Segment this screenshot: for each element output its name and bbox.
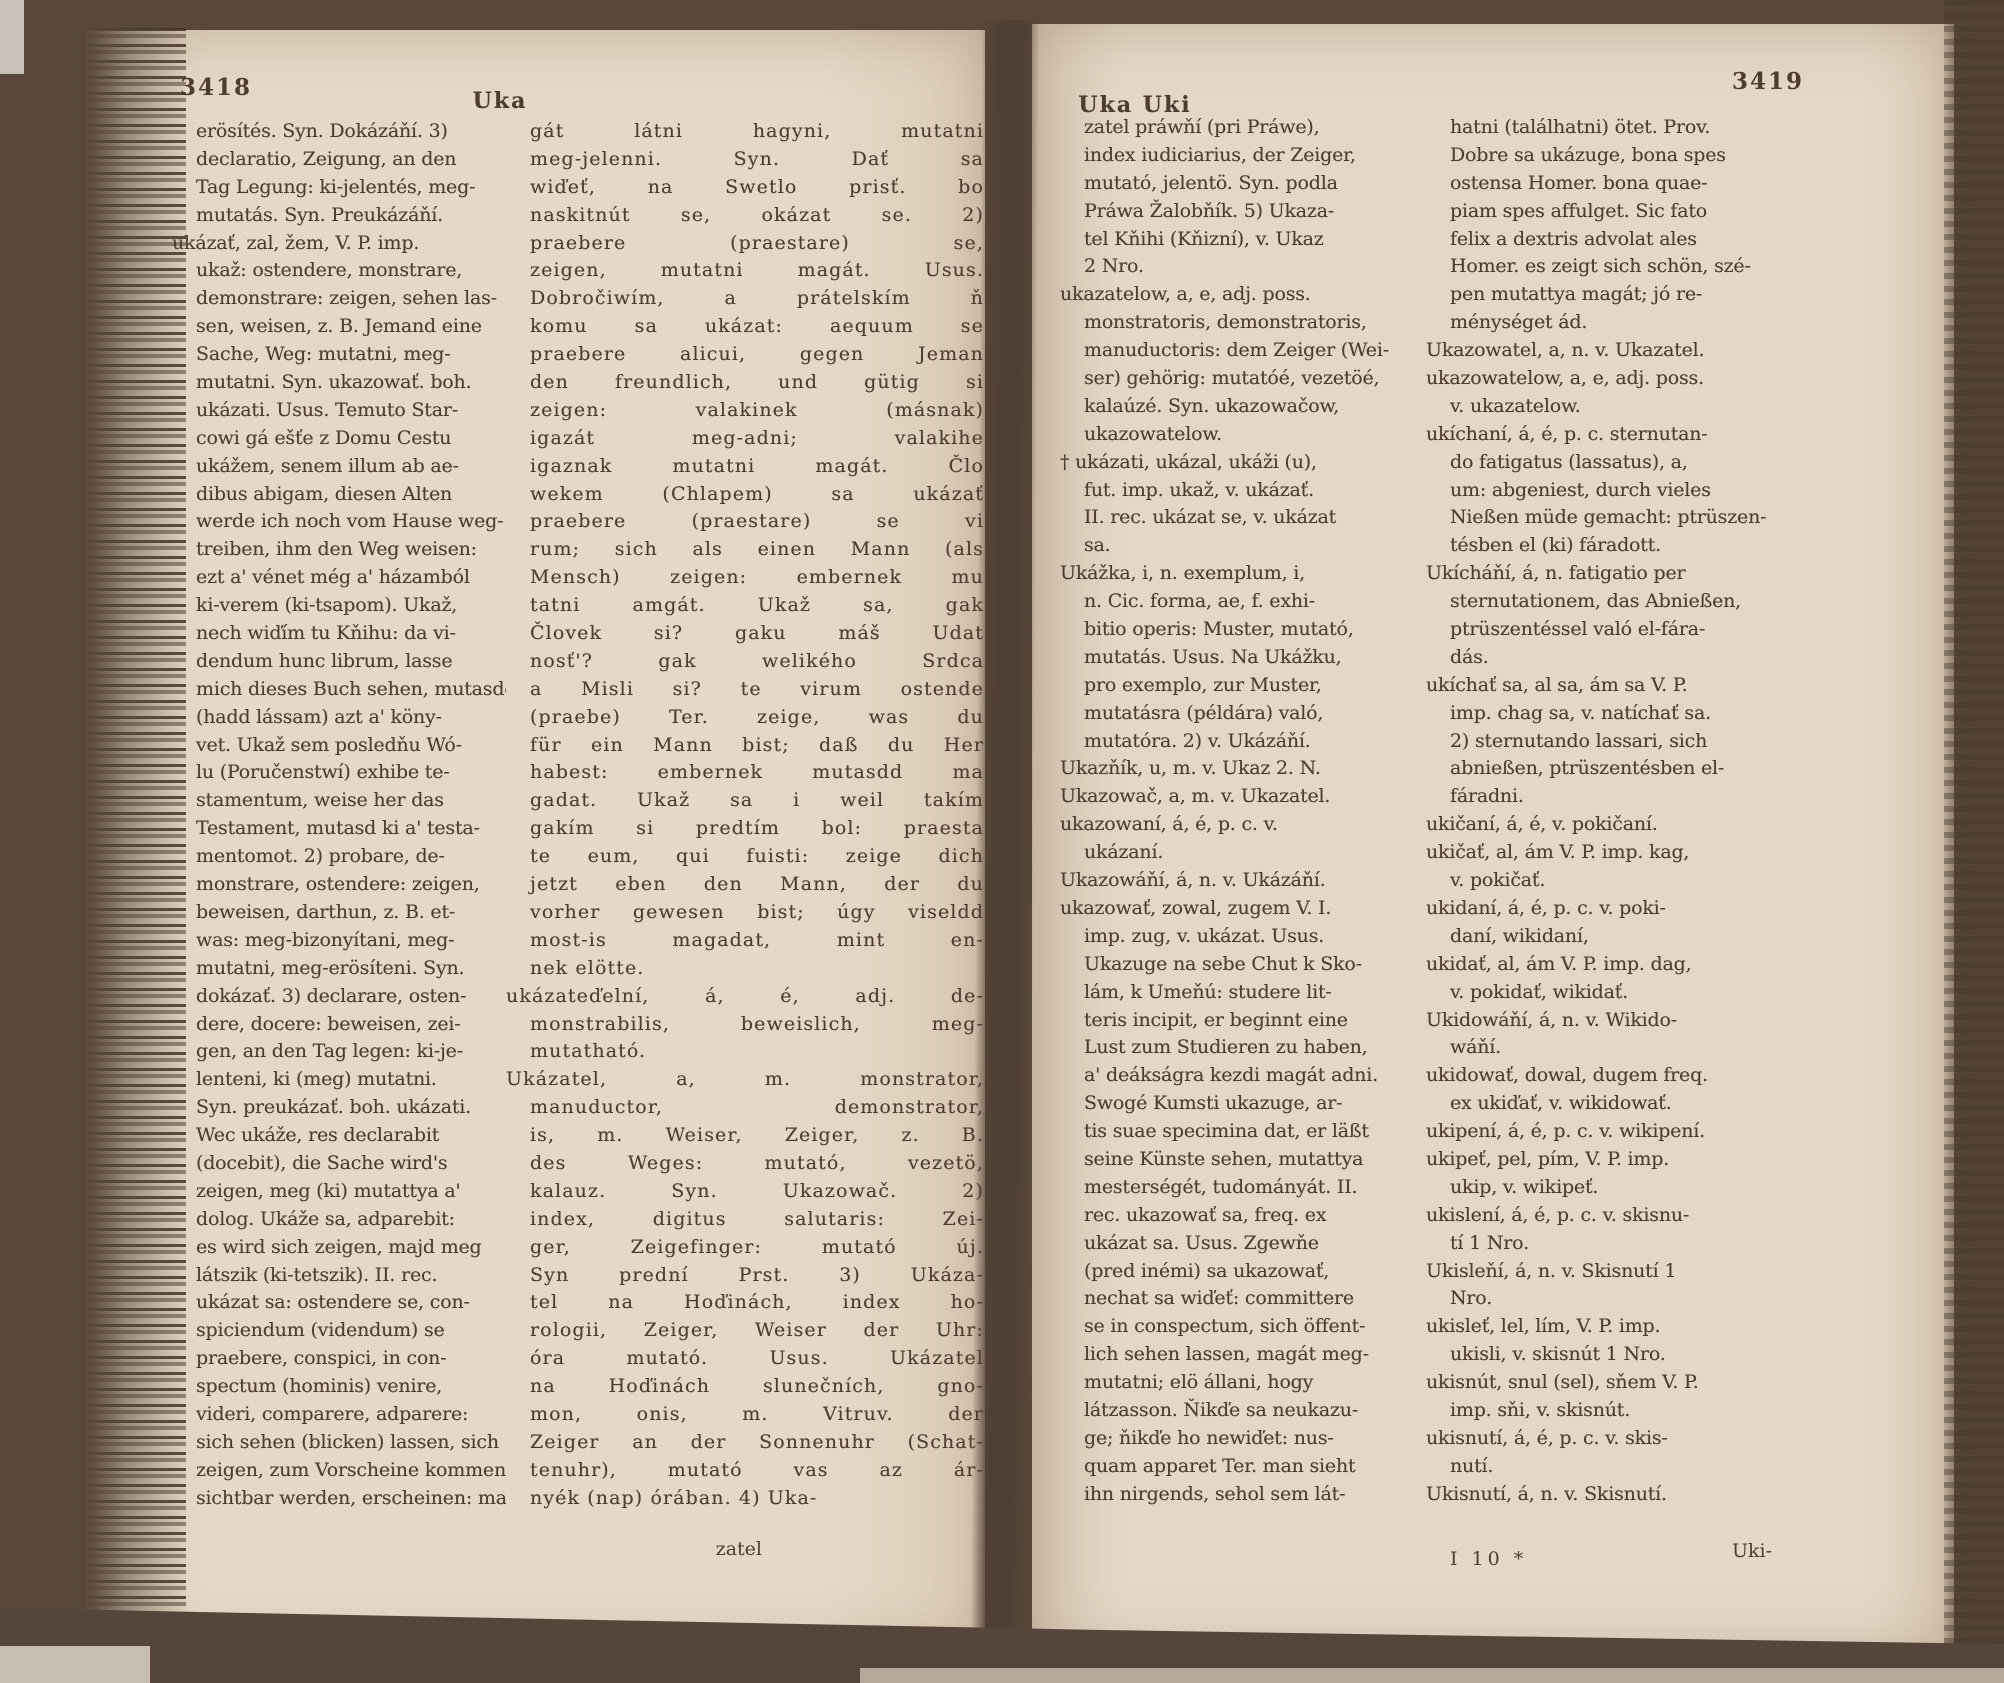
- scanner-bed-strip-bottom: [860, 1668, 2004, 1683]
- text-line: nosť'? gak welikého Srdca: [506, 648, 984, 676]
- text-line: ukážem, senem illum ab ae-: [172, 453, 506, 481]
- text-line: beweisen, darthun, z. B. et-: [172, 899, 506, 927]
- text-line: ukičať, al, ám V. P. imp. kag,: [1426, 839, 1822, 867]
- text-line: Zeiger an der Sonnenuhr (Schat-: [506, 1429, 984, 1457]
- text-line: ge; ňikďe ho newiďet: nus-: [1060, 1425, 1410, 1453]
- text-line: se in conspectum, sich öffent-: [1060, 1313, 1410, 1341]
- text-line: Ukidowáňí, á, n. v. Wikido-: [1426, 1007, 1822, 1035]
- text-line: v. ukazatelow.: [1426, 393, 1822, 421]
- text-line: tatni amgát. Ukaž sa, gak: [506, 592, 984, 620]
- text-line: nyék (nap) órában. 4) Uka-: [506, 1485, 984, 1513]
- text-line: stamentum, weise her das: [172, 787, 506, 815]
- text-line: rum; sich als einen Mann (als: [506, 536, 984, 564]
- text-line: imp. chag sa, v. natíchať sa.: [1426, 700, 1822, 728]
- text-line: wiďeť, na Swetlo prisť. bo: [506, 174, 984, 202]
- text-line: is, m. Weiser, Zeiger, z. B.: [506, 1122, 984, 1150]
- text-line: Tag Legung: ki-jelentés, meg-: [172, 174, 506, 202]
- text-line: habest: embernek mutasdd ma: [506, 759, 984, 787]
- text-line: zeigen: valakinek (másnak): [506, 397, 984, 425]
- text-line: Sache, Weg: mutatni, meg-: [172, 341, 506, 369]
- text-line: óra mutató. Usus. Ukázatel: [506, 1345, 984, 1373]
- text-line: pro exemplo, zur Muster,: [1060, 672, 1410, 700]
- text-line: felix a dextris advolat ales: [1426, 226, 1822, 254]
- text-line: na Hoďinách slunečních, gno-: [506, 1373, 984, 1401]
- text-line: ostensa Homer. bona quae-: [1426, 170, 1822, 198]
- text-line: v. pokičať.: [1426, 867, 1822, 895]
- text-line: was: meg-bizonyítani, meg-: [172, 927, 506, 955]
- text-line: tel Kňihi (Kňizní), v. Ukaz: [1060, 226, 1410, 254]
- text-line: imp. sňi, v. skisnút.: [1426, 1397, 1822, 1425]
- text-line: tésben el (ki) fáradott.: [1426, 532, 1822, 560]
- text-line: Mensch) zeigen: embernek mu: [506, 564, 984, 592]
- text-line: Syn. preukázať. boh. ukázati.: [172, 1094, 506, 1122]
- text-line: ukisnutí, á, é, p. c. v. skis-: [1426, 1425, 1822, 1453]
- text-line: rec. ukazowať sa, freq. ex: [1060, 1202, 1410, 1230]
- text-line: zeigen, mutatni magát. Usus.: [506, 257, 984, 285]
- text-line: † ukázati, ukázal, ukáži (u),: [1060, 449, 1410, 477]
- text-line: spectum (hominis) venire,: [172, 1373, 506, 1401]
- text-line: ukaž: ostendere, monstrare,: [172, 257, 506, 285]
- text-line: mutatóra. 2) v. Ukázáňí.: [1060, 728, 1410, 756]
- text-line: most-is magadat, mint en-: [506, 927, 984, 955]
- text-line: des Weges: mutató, vezetö,: [506, 1150, 984, 1178]
- text-line: Ukázatel, a, m. monstrator,: [506, 1066, 984, 1094]
- text-line: nech wiďím tu Kňihu: da vi-: [172, 620, 506, 648]
- text-line: ukislení, á, é, p. c. v. skisnu-: [1426, 1202, 1822, 1230]
- text-line: (pred inémi) sa ukazowať,: [1060, 1258, 1410, 1286]
- text-line: vet. Ukaž sem posledňu Wó-: [172, 732, 506, 760]
- text-line: Ukisleňí, á, n. v. Skisnutí 1: [1426, 1258, 1822, 1286]
- text-line: ukip, v. wikipeť.: [1426, 1174, 1822, 1202]
- text-line: ger, Zeigefinger: mutató új.: [506, 1234, 984, 1262]
- text-line: mentomot. 2) probare, de-: [172, 843, 506, 871]
- text-line: mutatni. Syn. ukazowať. boh.: [172, 369, 506, 397]
- text-line: jetzt eben den Mann, der du: [506, 871, 984, 899]
- text-line: kalaúzé. Syn. ukazowačow,: [1060, 393, 1410, 421]
- text-line: ukisli, v. skisnút 1 Nro.: [1426, 1341, 1822, 1369]
- text-line: rologii, Zeiger, Weiser der Uhr:: [506, 1317, 984, 1345]
- running-head-left: Uka: [400, 88, 600, 114]
- text-line: ukisnút, snul (sel), sňem V. P.: [1426, 1369, 1822, 1397]
- left-page-column-1: erösítés. Syn. Dokázáňí. 3)declaratio, Z…: [172, 118, 506, 1518]
- text-line: demonstrare: zeigen, sehen las-: [172, 285, 506, 313]
- text-line: monstrare, ostendere: zeigen,: [172, 871, 506, 899]
- text-line: mich dieses Buch sehen, mutasdd: [172, 676, 506, 704]
- text-line: ki-verem (ki-tsapom). Ukaž,: [172, 592, 506, 620]
- text-line: ukazowatelow.: [1060, 421, 1410, 449]
- text-line: Ukazuge na sebe Chut k Sko-: [1060, 951, 1410, 979]
- page-number-right: 3419: [1732, 68, 1804, 95]
- text-line: ukipeť, pel, pím, V. P. imp.: [1426, 1146, 1822, 1174]
- text-line: um: abgeniest, durch vieles: [1426, 477, 1822, 505]
- text-line: Ukazowatel, a, n. v. Ukazatel.: [1426, 337, 1822, 365]
- text-line: index, digitus salutaris: Zei-: [506, 1206, 984, 1234]
- text-line: (hadd lássam) azt a' köny-: [172, 704, 506, 732]
- text-line: do fatigatus (lassatus), a,: [1426, 449, 1822, 477]
- text-line: treiben, ihm den Weg weisen:: [172, 536, 506, 564]
- text-line: Ukazowač, a, m. v. Ukazatel.: [1060, 783, 1410, 811]
- text-line: ukazowaní, á, é, p. c. v.: [1060, 811, 1410, 839]
- text-line: Lust zum Studieren zu haben,: [1060, 1034, 1410, 1062]
- text-line: Ukisnutí, á, n. v. Skisnutí.: [1426, 1481, 1822, 1509]
- text-line: piam spes affulget. Sic fato: [1426, 198, 1822, 226]
- text-line: ukazatelow, a, e, adj. poss.: [1060, 281, 1410, 309]
- text-line: bitio operis: Muster, mutató,: [1060, 616, 1410, 644]
- text-line: wáňí.: [1426, 1034, 1822, 1062]
- text-line: dibus abigam, diesen Alten: [172, 481, 506, 509]
- text-line: dokázať. 3) declarare, osten-: [172, 983, 506, 1011]
- text-line: hatni (találhatni) ötet. Prov.: [1426, 114, 1822, 142]
- text-line: nek elötte.: [506, 955, 984, 983]
- text-line: gadat. Ukaž sa i weil takím: [506, 787, 984, 815]
- text-line: wekem (Chlapem) sa ukázať: [506, 481, 984, 509]
- text-line: ser) gehörig: mutatóé, vezetöé,: [1060, 365, 1410, 393]
- text-line: cowi gá ešťe z Domu Cestu: [172, 425, 506, 453]
- text-line: lich sehen lassen, magát meg-: [1060, 1341, 1410, 1369]
- right-page-column-2: hatni (találhatni) ötet. Prov.Dobre sa u…: [1426, 114, 1822, 1514]
- text-line: Ukazňík, u, m. v. Ukaz 2. N.: [1060, 755, 1410, 783]
- text-line: ezt a' vénet még a' házamból: [172, 564, 506, 592]
- catchword-left: zatel: [600, 1538, 762, 1560]
- text-line: vorher gewesen bist; úgy viseldd: [506, 899, 984, 927]
- text-line: a' deákságra kezdi magát adni.: [1060, 1062, 1410, 1090]
- catchword-right: Uki-: [1650, 1540, 1772, 1562]
- text-line: ukisleť, lel, lím, V. P. imp.: [1426, 1313, 1822, 1341]
- text-line: ukidať, al, ám V. P. imp. dag,: [1426, 951, 1822, 979]
- text-line: Testament, mutasd ki a' testa-: [172, 815, 506, 843]
- text-line: ukázati. Usus. Temuto Star-: [172, 397, 506, 425]
- text-line: mutatás. Syn. Preukázáňí.: [172, 202, 506, 230]
- text-line: ukíchať sa, al sa, ám sa V. P.: [1426, 672, 1822, 700]
- text-line: naskitnút se, okázat se. 2): [506, 202, 984, 230]
- text-line: igazát meg-adni; valakihe: [506, 425, 984, 453]
- text-line: videri, comparere, adparere:: [172, 1401, 506, 1429]
- text-line: manuductoris: dem Zeiger (Wei-: [1060, 337, 1410, 365]
- text-line: tel na Hoďinách, index ho-: [506, 1289, 984, 1317]
- text-line: ukidaní, á, é, p. c. v. poki-: [1426, 895, 1822, 923]
- text-line: (praebe) Ter. zeige, was du: [506, 704, 984, 732]
- text-line: 2) sternutando lassari, sich: [1426, 728, 1822, 756]
- text-line: n. Cic. forma, ae, f. exhi-: [1060, 588, 1410, 616]
- text-line: ukázaní.: [1060, 839, 1410, 867]
- text-line: praebere alicui, gegen Jeman: [506, 341, 984, 369]
- text-line: ménységet ád.: [1426, 309, 1822, 337]
- left-page-column-2: gát látni hagyni, mutatnimeg-jelenni. Sy…: [506, 118, 984, 1518]
- text-line: gát látni hagyni, mutatni: [506, 118, 984, 146]
- text-line: sternutationem, das Abnießen,: [1426, 588, 1822, 616]
- text-line: manuductor, demonstrator,: [506, 1094, 984, 1122]
- text-line: daní, wikidaní,: [1426, 923, 1822, 951]
- text-line: abnießen, ptrüszentésben el-: [1426, 755, 1822, 783]
- text-line: quam apparet Ter. man sieht: [1060, 1453, 1410, 1481]
- text-line: látzasson. Ňikďe sa neukazu-: [1060, 1397, 1410, 1425]
- text-line: für ein Mann bist; daß du Her: [506, 732, 984, 760]
- text-line: sichtbar werden, erscheinen: ma-: [172, 1485, 506, 1513]
- text-line: ukíchaní, á, é, p. c. sternutan-: [1426, 421, 1822, 449]
- signature-mark: I 10 *: [1450, 1548, 1527, 1570]
- text-line: mon, onis, m. Vitruv. der: [506, 1401, 984, 1429]
- text-line: zeigen, zum Vorscheine kommen:: [172, 1457, 506, 1485]
- text-line: sich sehen (blicken) lassen, sich: [172, 1429, 506, 1457]
- text-line: gen, an den Tag legen: ki-je-: [172, 1038, 506, 1066]
- text-line: Dobročiwím, a prátelskím ň: [506, 285, 984, 313]
- text-line: Ukážka, i, n. exemplum, i,: [1060, 560, 1410, 588]
- text-line: komu sa ukázat: aequum se: [506, 313, 984, 341]
- text-line: dere, docere: beweisen, zei-: [172, 1011, 506, 1039]
- text-line: werde ich noch vom Hause weg-: [172, 508, 506, 536]
- text-line: spiciendum (videndum) se: [172, 1317, 506, 1345]
- text-line: látszik (ki-tetszik). II. rec.: [172, 1262, 506, 1290]
- text-line: mutatható.: [506, 1038, 984, 1066]
- text-line: ukičaní, á, é, v. pokičaní.: [1426, 811, 1822, 839]
- text-line: tis suae specimina dat, er läßt: [1060, 1118, 1410, 1146]
- text-line: mutatásra (példára) való,: [1060, 700, 1410, 728]
- text-line: 2 Nro.: [1060, 253, 1410, 281]
- text-line: dolog. Ukáže sa, adparebit:: [172, 1206, 506, 1234]
- text-line: Wec ukáže, res declarabit: [172, 1122, 506, 1150]
- text-line: ukidowať, dowal, dugem freq.: [1426, 1062, 1822, 1090]
- page-number-left: 3418: [180, 74, 252, 101]
- text-line: mesterségét, tudományát. II.: [1060, 1174, 1410, 1202]
- text-line: meg-jelenni. Syn. Dať sa: [506, 146, 984, 174]
- text-line: fut. imp. ukaž, v. ukázať.: [1060, 477, 1410, 505]
- text-line: ukipení, á, é, p. c. v. wikipení.: [1426, 1118, 1822, 1146]
- text-line: Práwa Žalobňík. 5) Ukaza-: [1060, 198, 1410, 226]
- text-line: Swogé Kumsti ukazuge, ar-: [1060, 1090, 1410, 1118]
- text-line: lám, k Umeňú: studere lit-: [1060, 979, 1410, 1007]
- text-line: ptrüszentéssel való el-fára-: [1426, 616, 1822, 644]
- text-line: monstrabilis, beweislich, meg-: [506, 1011, 984, 1039]
- text-line: lenteni, ki (meg) mutatni.: [172, 1066, 506, 1094]
- right-scan-edge: [1944, 0, 2004, 1683]
- text-line: sen, weisen, z. B. Jemand eine: [172, 313, 506, 341]
- text-line: igaznak mutatni magát. Člo: [506, 453, 984, 481]
- text-line: praebere (praestare) se,: [506, 230, 984, 258]
- text-line: tí 1 Nro.: [1426, 1230, 1822, 1258]
- text-line: dás.: [1426, 644, 1822, 672]
- text-line: v. pokidať, wikidať.: [1426, 979, 1822, 1007]
- scanner-bed-corner-top-left: [0, 0, 24, 74]
- text-line: erösítés. Syn. Dokázáňí. 3): [172, 118, 506, 146]
- text-line: Ukazowáňí, á, n. v. Ukázáňí.: [1060, 867, 1410, 895]
- text-line: lu (Poručenstwí) exhibe te-: [172, 759, 506, 787]
- text-line: ukázať, zal, žem, V. P. imp.: [172, 230, 506, 258]
- text-line: Nro.: [1426, 1285, 1822, 1313]
- text-line: den freundlich, und gütig si: [506, 369, 984, 397]
- text-line: ihn nirgends, sehol sem lát-: [1060, 1481, 1410, 1509]
- text-line: ukázateďelní, á, é, adj. de-: [506, 983, 984, 1011]
- gutter-shadow: [970, 20, 1039, 1654]
- text-line: mutatni; elö állani, hogy: [1060, 1369, 1410, 1397]
- text-line: Dobre sa ukázuge, bona spes: [1426, 142, 1822, 170]
- text-line: te eum, qui fuisti: zeige dich: [506, 843, 984, 871]
- text-line: praebere (praestare) se vi: [506, 508, 984, 536]
- book-scan: 3418 Uka Uka Uki 3419 erösítés. Syn. Dok…: [0, 0, 2004, 1683]
- text-line: fáradni.: [1426, 783, 1822, 811]
- text-line: mutatás. Usus. Na Ukážku,: [1060, 644, 1410, 672]
- text-line: tenuhr), mutató vas az ár-: [506, 1457, 984, 1485]
- text-line: index iudiciarius, der Zeiger,: [1060, 142, 1410, 170]
- text-line: sa.: [1060, 532, 1410, 560]
- text-line: zatel práwňí (pri Práwe),: [1060, 114, 1410, 142]
- text-line: ukazowatelow, a, e, adj. poss.: [1426, 365, 1822, 393]
- text-line: (docebit), die Sache wird's: [172, 1150, 506, 1178]
- text-line: seine Künste sehen, mutattya: [1060, 1146, 1410, 1174]
- text-line: zeigen, meg (ki) mutattya a': [172, 1178, 506, 1206]
- text-line: kalauz. Syn. Ukazowač. 2): [506, 1178, 984, 1206]
- text-line: Človek si? gaku máš Udat: [506, 620, 984, 648]
- scanner-bed-corner-bottom-left: [0, 1646, 150, 1683]
- text-line: pen mutattya magát; jó re-: [1426, 281, 1822, 309]
- text-line: Nießen müde gemacht: ptrüszen-: [1426, 504, 1822, 532]
- book-edge-texture: [60, 28, 186, 1652]
- text-line: es wird sich zeigen, majd meg: [172, 1234, 506, 1262]
- text-line: gakím si predtím bol: praesta: [506, 815, 984, 843]
- text-line: declaratio, Zeigung, an den: [172, 146, 506, 174]
- text-line: a Misli si? te virum ostende: [506, 676, 984, 704]
- text-line: dendum hunc librum, lasse: [172, 648, 506, 676]
- text-line: II. rec. ukázat se, v. ukázat: [1060, 504, 1410, 532]
- text-line: ex ukiďať, v. wikidowať.: [1426, 1090, 1822, 1118]
- text-line: ukazowať, zowal, zugem V. I.: [1060, 895, 1410, 923]
- text-line: monstratoris, demonstratoris,: [1060, 309, 1410, 337]
- text-line: teris incipit, er beginnt eine: [1060, 1007, 1410, 1035]
- text-line: praebere, conspici, in con-: [172, 1345, 506, 1373]
- text-line: mutató, jelentö. Syn. podla: [1060, 170, 1410, 198]
- text-line: nechat sa wiďeť: committere: [1060, 1285, 1410, 1313]
- text-line: Syn prední Prst. 3) Ukáza-: [506, 1262, 984, 1290]
- text-line: Homer. es zeigt sich schön, szé-: [1426, 253, 1822, 281]
- text-line: ukázat sa. Usus. Zgewňe: [1060, 1230, 1410, 1258]
- text-line: mutatni, meg-erösíteni. Syn.: [172, 955, 506, 983]
- text-line: ukázat sa: ostendere se, con-: [172, 1289, 506, 1317]
- text-line: nutí.: [1426, 1453, 1822, 1481]
- right-page-column-1: zatel práwňí (pri Práwe),index iudiciari…: [1060, 114, 1410, 1514]
- text-line: Ukícháňí, á, n. fatigatio per: [1426, 560, 1822, 588]
- text-line: imp. zug, v. ukázat. Usus.: [1060, 923, 1410, 951]
